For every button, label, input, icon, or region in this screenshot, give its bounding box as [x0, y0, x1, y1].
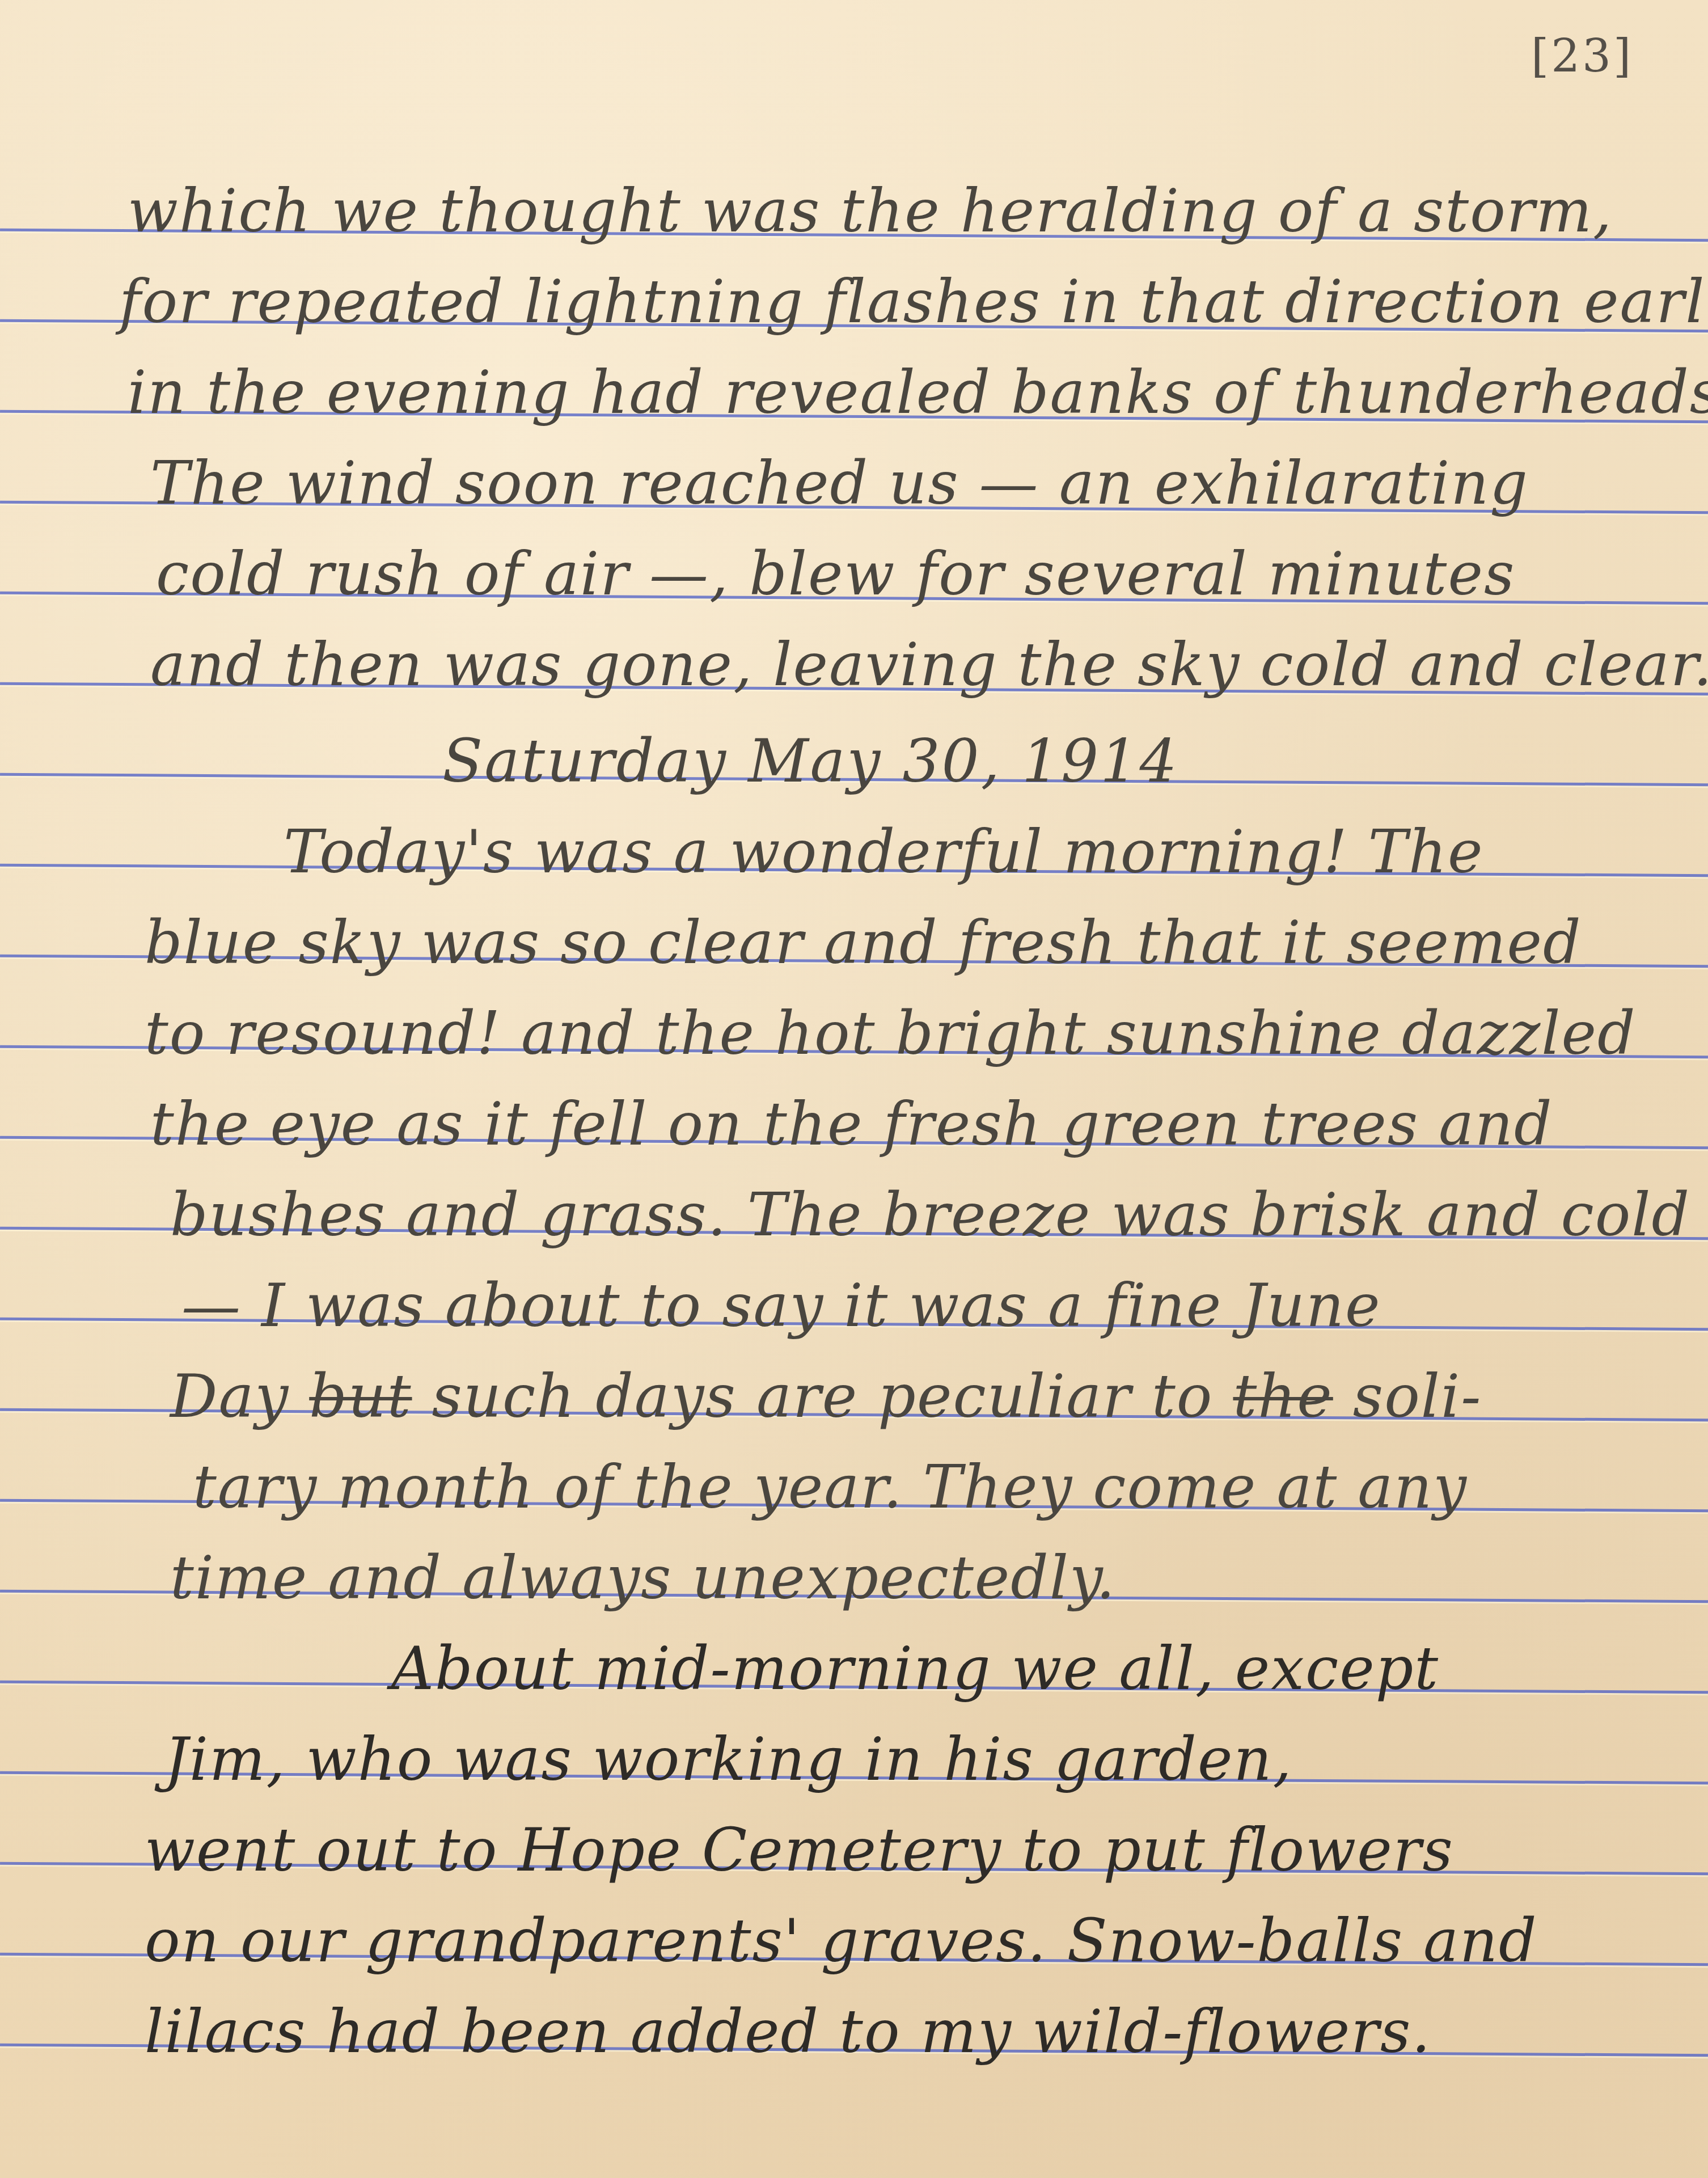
text-line: on our grandparents' graves. Snow-balls …: [145, 1911, 1538, 1970]
text-line: and then was gone, leaving the sky cold …: [150, 635, 1708, 694]
text-line: went out to Hope Cemetery to put flowers: [145, 1821, 1454, 1880]
struck-word: the: [1233, 1362, 1333, 1431]
text-line-with-strikeouts: Day but such days are peculiar to the so…: [170, 1367, 1482, 1426]
text-line: which we thought was the heralding of a …: [128, 181, 1613, 240]
text-line: blue sky was so clear and fresh that it …: [145, 913, 1582, 972]
text-line: for repeated lightning flashes in that d…: [119, 272, 1708, 331]
text-line: The wind soon reached us — an exhilarati…: [150, 454, 1529, 513]
text-line: the eye as it fell on the fresh green tr…: [150, 1095, 1553, 1154]
text-line: cold rush of air —, blew for several min…: [156, 544, 1515, 603]
text-segment: Day: [170, 1362, 309, 1431]
struck-word: but: [309, 1362, 412, 1431]
text-line: About mid-morning we all, except: [391, 1639, 1439, 1698]
text-line: lilacs had been added to my wild-flowers…: [145, 2002, 1431, 2061]
text-line: in the evening had revealed banks of thu…: [128, 363, 1708, 422]
text-line: tary month of the year. They come at any: [193, 1458, 1468, 1517]
text-line: bushes and grass. The breeze was brisk a…: [170, 1185, 1690, 1244]
text-line: Jim, who was working in his garden,: [164, 1730, 1292, 1789]
page-number: [23]: [1531, 29, 1633, 82]
notebook-page: [23] which we thought was the heralding …: [0, 0, 1708, 2178]
text-line: Today's was a wonderful morning! The: [284, 822, 1484, 881]
text-line: — I was about to say it was a fine June: [181, 1276, 1381, 1335]
text-segment: such days are peculiar to: [412, 1362, 1233, 1431]
text-segment: soli-: [1333, 1362, 1482, 1431]
entry-date-heading: Saturday May 30, 1914: [442, 732, 1179, 791]
text-line: time and always unexpectedly.: [170, 1548, 1116, 1607]
text-line: to resound! and the hot bright sunshine …: [145, 1004, 1637, 1063]
